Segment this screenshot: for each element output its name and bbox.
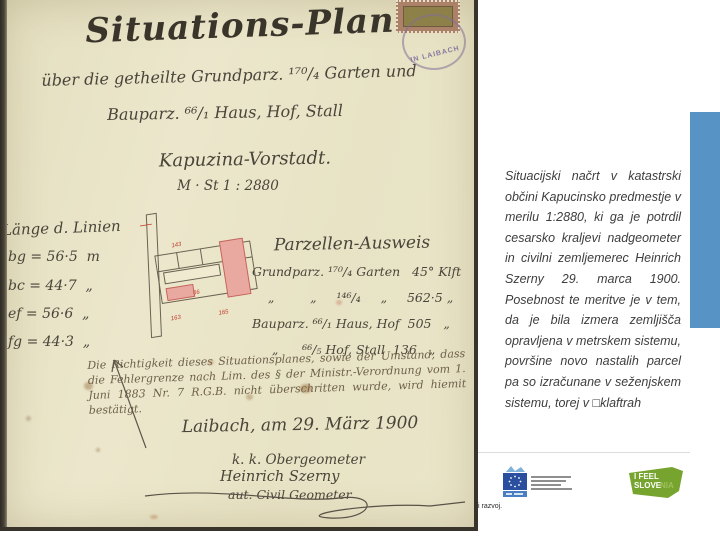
svg-text:66: 66: [193, 289, 201, 296]
ifs-line2b: NIA: [660, 481, 674, 490]
signature-title: k. k. Obergeometer: [232, 452, 365, 468]
document-district: Kapuzina-Vorstadt.: [128, 147, 362, 172]
document-title: Situations-Plan: [59, 0, 420, 52]
footer-text-fragment: i razvoj.: [478, 503, 502, 510]
paper-stain: [208, 360, 214, 365]
paper-stain: [150, 515, 158, 519]
document-scale: M · St 1 : 2880: [148, 178, 308, 194]
lengths-heading: Länge d. Linien: [2, 217, 121, 239]
i-feel-slovenia-logo: I FEEL SLOVE NIA: [627, 466, 685, 502]
parcel-row: „ „ ¹⁴⁶/₄ „ 562·5 „: [252, 290, 474, 305]
length-row: fg = 44·3 „: [8, 334, 90, 350]
length-row: ef = 56·6 „: [8, 306, 89, 322]
scan-edge-left: [0, 0, 7, 531]
paper-stain: [84, 382, 93, 390]
parcel-row: Grundparz. ¹⁷⁰/₄ Garten 45° Klft: [252, 264, 474, 279]
document-subtitle-bauparz: Bauparz. ⁶⁶/₁ Haus, Hof, Stall: [60, 100, 390, 125]
slide-canvas: Situations-Plan über die getheilte Grund…: [0, 0, 720, 540]
eu-flag-logo: [500, 464, 576, 504]
svg-text:165: 165: [218, 309, 229, 317]
paper-stain: [336, 300, 342, 305]
cadastral-sketch: 143 66 163 165: [120, 198, 270, 348]
svg-text:143: 143: [171, 242, 182, 250]
signature-flourish: [140, 478, 470, 528]
ifs-line1: I FEEL: [634, 472, 659, 481]
accent-bar: [690, 112, 720, 328]
document-scan: Situations-Plan über die getheilte Grund…: [0, 0, 478, 531]
paper-stain: [300, 384, 312, 393]
description-paragraph: Situacijski načrt v katastrski občini Ka…: [505, 166, 681, 413]
ifs-line2a: SLOVE: [634, 481, 662, 490]
paper-stain: [26, 416, 31, 421]
svg-text:163: 163: [170, 315, 181, 323]
postmark-text: IN LAIBACH: [410, 45, 461, 64]
parcel-register-heading: Parzellen-Ausweis: [262, 232, 442, 255]
footer-divider: [478, 452, 690, 453]
scan-edge-bottom: [0, 527, 478, 531]
length-row: bc = 44·7 „: [8, 278, 93, 294]
length-row: bg = 56·5 m: [8, 249, 100, 265]
hand-drawn-arrow-icon: [100, 350, 160, 455]
paper-stain: [96, 448, 100, 452]
parcel-row: Bauparz. ⁶⁶/₁ Haus, Hof 505 „: [252, 316, 474, 331]
paper-stain: [246, 394, 253, 400]
document-subtitle-grundparz: über die getheilte Grundparz. ¹⁷⁰/₄ Gart…: [14, 60, 444, 90]
postmark-circle: IN LAIBACH: [402, 14, 466, 70]
place-and-date: Laibach, am 29. März 1900: [168, 413, 432, 438]
